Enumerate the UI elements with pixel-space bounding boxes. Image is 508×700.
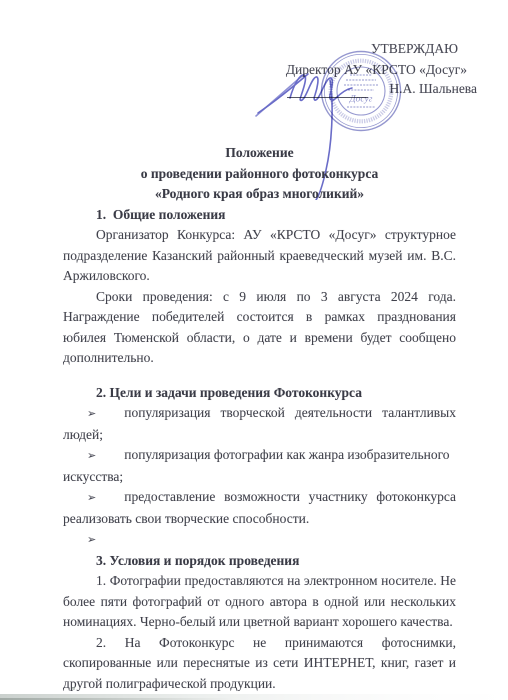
doc-title-line-3: «Родного края образ многоликий» — [63, 184, 456, 205]
bullet-text: популяризация творческой деятельности та… — [63, 405, 456, 442]
bullet-item: ➢популяризация фотографии как жанра изоб… — [63, 445, 456, 487]
section-3-heading: 3. Условия и порядок проведения — [63, 551, 456, 572]
scan-speck — [72, 687, 75, 690]
section-1-paragraph-1: Организатор Конкурса: АУ «КРСТО «Досуг» … — [63, 225, 456, 287]
document-body: Положение о проведении районного фотокон… — [63, 143, 456, 694]
arrowhead-bullet-icon: ➢ — [87, 491, 96, 504]
bullet-text: популяризация фотографии как жанра изобр… — [63, 447, 450, 484]
section-3-paragraph-2: 2. На Фотоконкурс не принимаются фотосни… — [63, 633, 456, 695]
section-3-paragraph-1: 1. Фотографии предоставляются на электро… — [63, 571, 456, 633]
doc-title-line-1: Положение — [63, 143, 456, 164]
bullet-item-empty: ➢ — [63, 529, 456, 551]
section-1-paragraph-2: Сроки проведения: с 9 июля по 3 августа … — [63, 287, 456, 369]
bullet-item: ➢предоставление возможности участнику фо… — [63, 487, 456, 529]
section-1-heading: 1. Общие положения — [63, 205, 456, 226]
scanned-document-page: УТВЕРЖДАЮ Директор АУ «КРСТО «Досуг» Н.А… — [0, 0, 508, 700]
doc-title-line-2: о проведении районного фотоконкурса — [63, 164, 456, 185]
scan-bottom-shadow — [0, 694, 508, 700]
section-2-heading: 2. Цели и задачи проведения Фотоконкурса — [63, 383, 456, 404]
arrowhead-bullet-icon: ➢ — [87, 449, 96, 462]
arrowhead-bullet-icon: ➢ — [87, 407, 96, 420]
arrowhead-bullet-icon: ➢ — [87, 533, 96, 546]
bullet-text: предоставление возможности участнику фот… — [63, 489, 456, 526]
bullet-item: ➢популяризация творческой деятельности т… — [63, 403, 456, 445]
